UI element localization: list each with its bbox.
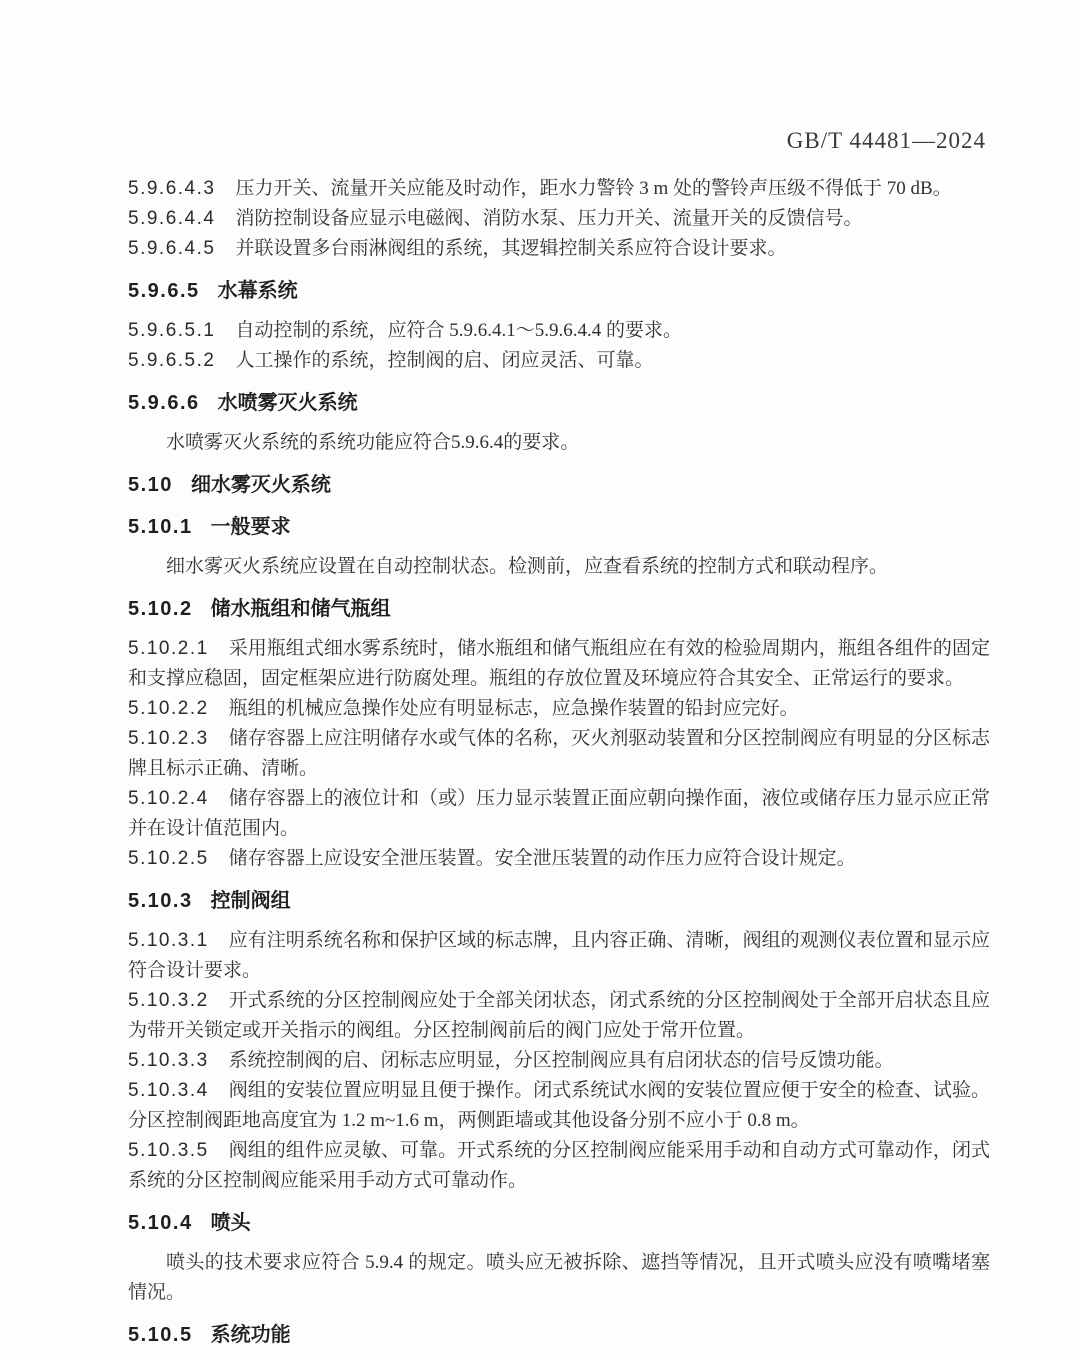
clause-text: 自动控制的系统，应符合 5.9.6.4.1～5.9.6.4.4 的要求。: [235, 320, 682, 341]
clause-number: 5.9.6.4.4: [128, 208, 215, 229]
heading-5-10-3: 5.10.3控制阀组: [128, 886, 990, 916]
clause-5-10-3-4: 5.10.3.4阀组的安装位置应明显且便于操作。闭式系统试水阀的安装位置应便于安…: [128, 1076, 990, 1136]
clause-5-10-3-5: 5.10.3.5阀组的组件应灵敏、可靠。开式系统的分区控制阀应能采用手动和自动方…: [128, 1136, 990, 1196]
heading-5-9-6-5: 5.9.6.5水幕系统: [128, 276, 990, 306]
heading-text: 一般要求: [211, 516, 291, 538]
heading-number: 5.10.5: [128, 1324, 193, 1346]
clause-text: 阀组的组件应灵敏、可靠。开式系统的分区控制阀应能采用手动和自动方式可靠动作，闭式…: [128, 1140, 990, 1191]
heading-text: 水幕系统: [218, 280, 298, 302]
clause-5-9-6-4-5: 5.9.6.4.5并联设置多台雨淋阀组的系统，其逻辑控制关系应符合设计要求。: [128, 234, 990, 264]
clause-number: 5.10.3.2: [128, 990, 209, 1011]
clause-5-9-6-4-3: 5.9.6.4.3压力开关、流量开关应能及时动作，距水力警铃 3 m 处的警铃声…: [128, 174, 990, 204]
clause-text: 压力开关、流量开关应能及时动作，距水力警铃 3 m 处的警铃声压级不得低于 70…: [235, 178, 951, 199]
heading-number: 5.9.6.6: [128, 392, 200, 414]
heading-number: 5.10.2: [128, 598, 193, 620]
clause-number: 5.10.3.4: [128, 1080, 209, 1101]
paragraph-5-10-4: 喷头的技术要求应符合 5.9.4 的规定。喷头应无被拆除、遮挡等情况，且开式喷头…: [128, 1248, 990, 1308]
clause-5-10-2-3: 5.10.2.3储存容器上应注明储存水或气体的名称，灭火剂驱动装置和分区控制阀应…: [128, 724, 990, 784]
clause-text: 采用瓶组式细水雾系统时，储水瓶组和储气瓶组应在有效的检验周期内，瓶组各组件的固定…: [128, 638, 990, 689]
clause-text: 开式系统的分区控制阀应处于全部关闭状态，闭式系统的分区控制阀处于全部开启状态且应…: [128, 990, 990, 1041]
heading-5-10: 5.10细水雾灭火系统: [128, 470, 990, 500]
clause-number: 5.9.6.4.3: [128, 178, 215, 199]
clause-5-10-2-4: 5.10.2.4储存容器上的液位计和（或）压力显示装置正面应朝向操作面，液位或储…: [128, 784, 990, 844]
heading-5-10-1: 5.10.1一般要求: [128, 512, 990, 542]
clause-number: 5.10.2.3: [128, 728, 209, 749]
heading-number: 5.10: [128, 474, 173, 496]
clause-number: 5.10.2.2: [128, 698, 209, 719]
clause-text: 人工操作的系统，控制阀的启、闭应灵活、可靠。: [235, 350, 653, 371]
clause-5-10-3-2: 5.10.3.2开式系统的分区控制阀应处于全部关闭状态，闭式系统的分区控制阀处于…: [128, 986, 990, 1046]
clause-5-10-2-5: 5.10.2.5储存容器上应设安全泄压装置。安全泄压装置的动作压力应符合设计规定…: [128, 844, 990, 874]
document-page: GB/T 44481—2024 5.9.6.4.3压力开关、流量开关应能及时动作…: [0, 0, 1080, 1358]
heading-text: 系统功能: [211, 1324, 291, 1346]
document-body: 5.9.6.4.3压力开关、流量开关应能及时动作，距水力警铃 3 m 处的警铃声…: [128, 174, 990, 1358]
clause-number: 5.10.2.1: [128, 638, 209, 659]
clause-text: 瓶组的机械应急操作处应有明显标志，应急操作装置的铅封应完好。: [229, 698, 799, 719]
heading-5-10-2: 5.10.2储水瓶组和储气瓶组: [128, 594, 990, 624]
clause-text: 并联设置多台雨淋阀组的系统，其逻辑控制关系应符合设计要求。: [235, 238, 786, 259]
clause-text: 储存容器上的液位计和（或）压力显示装置正面应朝向操作面，液位或储存压力显示应正常…: [128, 788, 990, 839]
clause-5-10-3-3: 5.10.3.3系统控制阀的启、闭标志应明显，分区控制阀应具有启闭状态的信号反馈…: [128, 1046, 990, 1076]
clause-number: 5.10.3.1: [128, 930, 209, 951]
clause-5-9-6-4-4: 5.9.6.4.4消防控制设备应显示电磁阀、消防水泵、压力开关、流量开关的反馈信…: [128, 204, 990, 234]
heading-5-9-6-6: 5.9.6.6水喷雾灭火系统: [128, 388, 990, 418]
clause-5-9-6-5-2: 5.9.6.5.2人工操作的系统，控制阀的启、闭应灵活、可靠。: [128, 346, 990, 376]
heading-5-10-5: 5.10.5系统功能: [128, 1320, 990, 1350]
clause-text: 系统控制阀的启、闭标志应明显，分区控制阀应具有启闭状态的信号反馈功能。: [229, 1050, 894, 1071]
clause-text: 阀组的安装位置应明显且便于操作。闭式系统试水阀的安装位置应便于安全的检查、试验。…: [128, 1080, 990, 1131]
clause-number: 5.9.6.5.1: [128, 320, 215, 341]
heading-number: 5.10.1: [128, 516, 193, 538]
heading-text: 细水雾灭火系统: [191, 474, 331, 496]
clause-text: 储存容器上应设安全泄压装置。安全泄压装置的动作压力应符合设计规定。: [229, 848, 856, 869]
clause-number: 5.9.6.5.2: [128, 350, 215, 371]
heading-number: 5.10.3: [128, 890, 193, 912]
clause-5-9-6-5-1: 5.9.6.5.1自动控制的系统，应符合 5.9.6.4.1～5.9.6.4.4…: [128, 316, 990, 346]
paragraph-5-10-1: 细水雾灭火系统应设置在自动控制状态。检测前，应查看系统的控制方式和联动程序。: [128, 552, 990, 582]
clause-text: 储存容器上应注明储存水或气体的名称，灭火剂驱动装置和分区控制阀应有明显的分区标志…: [128, 728, 990, 779]
heading-text: 水喷雾灭火系统: [218, 392, 358, 414]
clause-text: 消防控制设备应显示电磁阀、消防水泵、压力开关、流量开关的反馈信号。: [235, 208, 862, 229]
clause-number: 5.10.3.3: [128, 1050, 209, 1071]
standard-code-header: GB/T 44481—2024: [787, 128, 986, 154]
clause-text: 应有注明系统名称和保护区域的标志牌，且内容正确、清晰，阀组的观测仪表位置和显示应…: [128, 930, 990, 981]
clause-5-10-3-1: 5.10.3.1应有注明系统名称和保护区域的标志牌，且内容正确、清晰，阀组的观测…: [128, 926, 990, 986]
heading-text: 储水瓶组和储气瓶组: [211, 598, 391, 620]
heading-text: 喷头: [211, 1212, 251, 1234]
clause-number: 5.10.2.5: [128, 848, 209, 869]
paragraph-5-9-6-6: 水喷雾灭火系统的系统功能应符合5.9.6.4的要求。: [128, 428, 990, 458]
clause-number: 5.10.3.5: [128, 1140, 209, 1161]
heading-number: 5.9.6.5: [128, 280, 200, 302]
clause-5-10-2-2: 5.10.2.2瓶组的机械应急操作处应有明显标志，应急操作装置的铅封应完好。: [128, 694, 990, 724]
clause-5-10-2-1: 5.10.2.1采用瓶组式细水雾系统时，储水瓶组和储气瓶组应在有效的检验周期内，…: [128, 634, 990, 694]
clause-number: 5.9.6.4.5: [128, 238, 215, 259]
heading-text: 控制阀组: [211, 890, 291, 912]
heading-number: 5.10.4: [128, 1212, 193, 1234]
clause-number: 5.10.2.4: [128, 788, 209, 809]
heading-5-10-4: 5.10.4喷头: [128, 1208, 990, 1238]
